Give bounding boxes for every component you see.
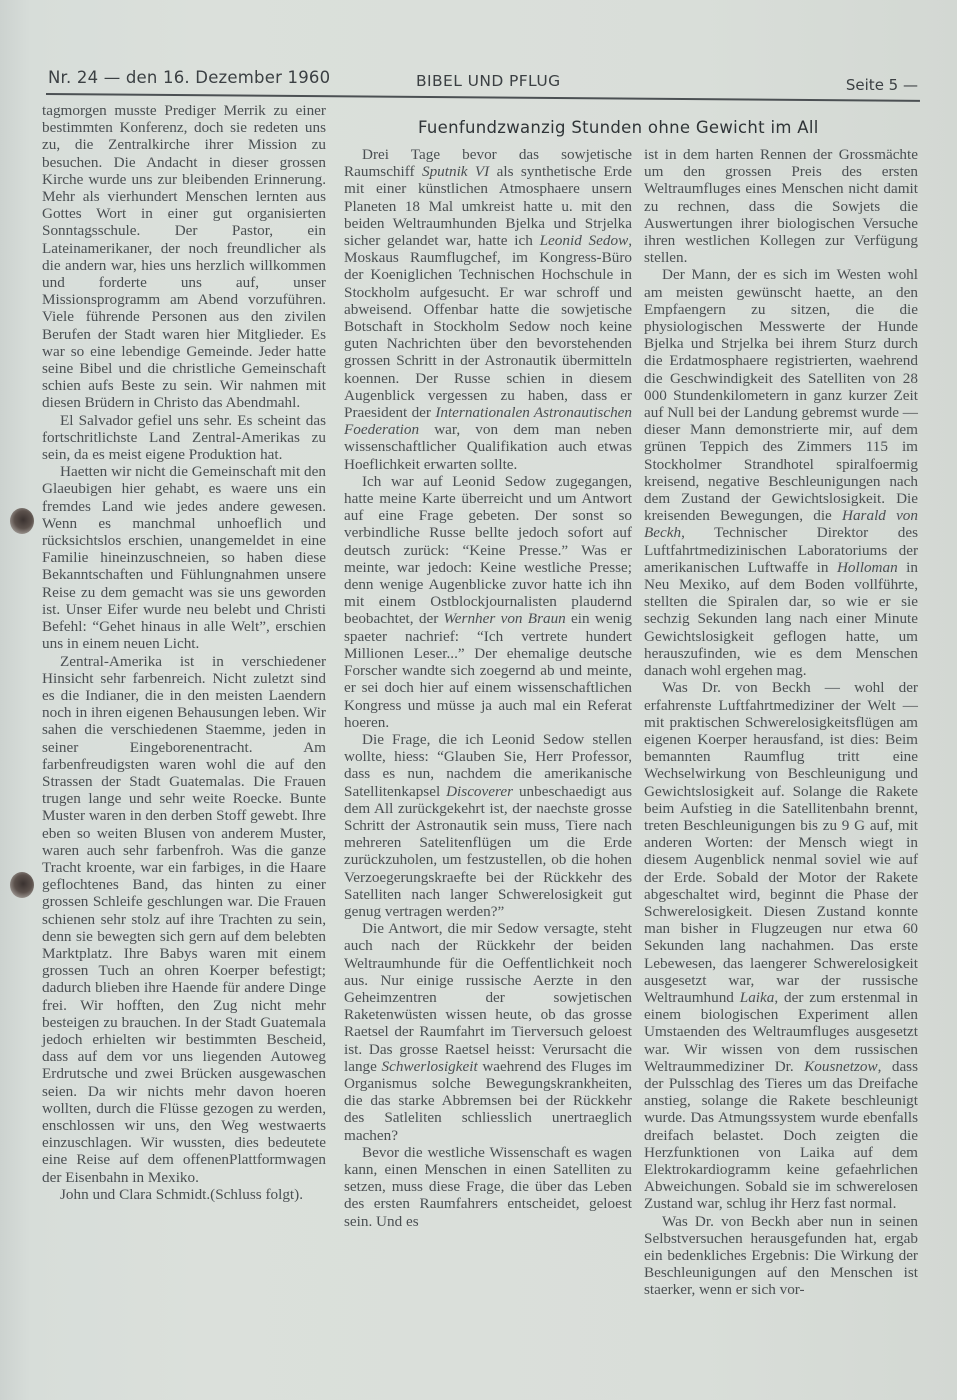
paragraph: Was Dr. von Beckh aber nun in seinen Sel… xyxy=(644,1213,918,1299)
article-column-right: ist in dem harten Rennen der Grossmächte… xyxy=(644,146,918,1299)
paragraph: Bevor die westliche Wissenschaft es wage… xyxy=(344,1144,632,1230)
paragraph: El Salvador gefiel uns sehr. Es scheint … xyxy=(42,412,326,464)
page-number: Seite 5 — xyxy=(846,76,918,94)
paragraph: Zentral-Amerika ist in verschiedener Hin… xyxy=(42,653,326,1186)
paragraph: ist in dem harten Rennen der Grossmächte… xyxy=(644,146,918,266)
paragraph: Was Dr. von Beckh — wohl der erfahrenste… xyxy=(644,679,918,1212)
punch-hole-icon xyxy=(10,872,34,898)
issue-date: Nr. 24 — den 16. Dezember 1960 xyxy=(48,68,330,87)
punch-hole-icon xyxy=(10,508,34,534)
page-header: Nr. 24 — den 16. Dezember 1960 BIBEL UND… xyxy=(48,62,918,92)
column-left: tagmorgen musste Prediger Merrik zu eine… xyxy=(42,102,326,1203)
article-title: Fuenfundzwanzig Stunden ohne Gewicht im … xyxy=(418,118,819,137)
paragraph: tagmorgen musste Prediger Merrik zu eine… xyxy=(42,102,326,412)
header-rule xyxy=(46,93,920,102)
article-column-middle: Drei Tage bevor das sowjetische Raumschi… xyxy=(344,146,632,1230)
paragraph: Der Mann, der es sich im Westen wohl am … xyxy=(644,266,918,679)
paragraph: Ich war auf Leonid Sedow zugegangen, hat… xyxy=(344,473,632,731)
paragraph: Drei Tage bevor das sowjetische Raumschi… xyxy=(344,146,632,473)
paragraph: Die Frage, die ich Leonid Sedow stellen … xyxy=(344,731,632,920)
publication-name: BIBEL UND PFLUG xyxy=(416,72,560,90)
paragraph: Die Antwort, die mir Sedow versagte, ste… xyxy=(344,920,632,1144)
signature: John und Clara Schmidt.(Schluss folgt). xyxy=(42,1186,326,1203)
paragraph: Haetten wir nicht die Gemeinschaft mit d… xyxy=(42,463,326,652)
newspaper-page: Nr. 24 — den 16. Dezember 1960 BIBEL UND… xyxy=(0,0,957,1400)
